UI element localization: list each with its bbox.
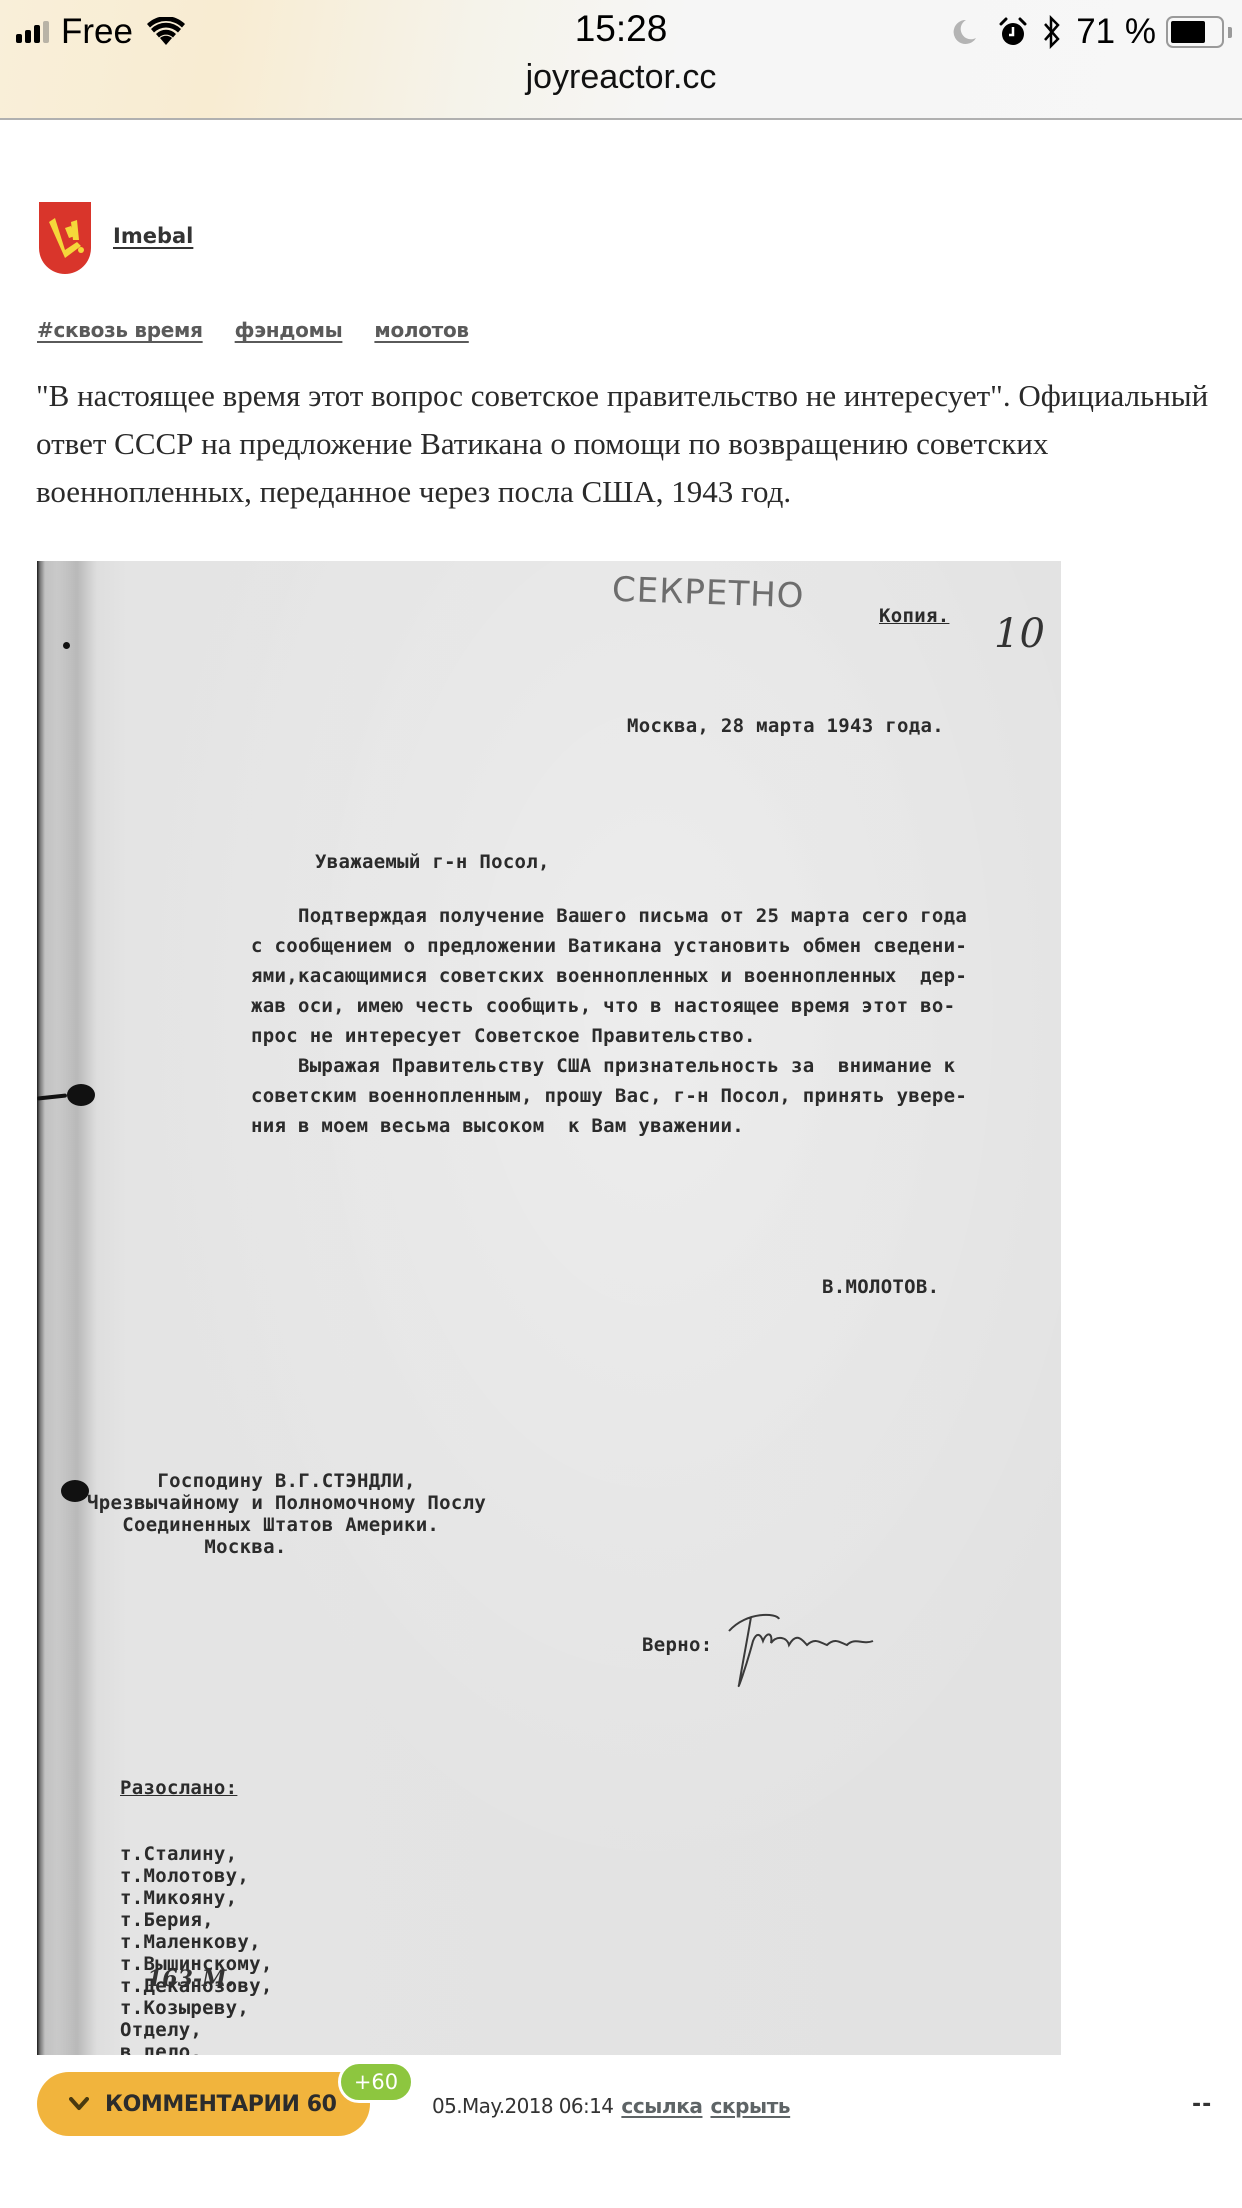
distribution-list: Разослано: т.Сталину,т.Молотову,т.Микоян… — [120, 1733, 273, 2055]
handwritten-page-number: 10 — [994, 611, 1045, 657]
distribution-item: т.Сталину, — [120, 1843, 273, 1865]
addressee-line: Господину В.Г.СТЭНДЛИ, — [87, 1470, 486, 1492]
handwritten-reference: 163-М. — [147, 1966, 234, 1992]
addressee: Господину В.Г.СТЭНДЛИ,Чрезвычайному и По… — [87, 1470, 486, 1558]
letter-date: Москва, 28 марта 1943 года. — [627, 715, 944, 737]
copy-mark: Копия. — [879, 605, 949, 627]
tag-link[interactable]: молотов — [374, 318, 468, 342]
distribution-item: т.Маленкову, — [120, 1931, 273, 1953]
new-comments-badge: +60 — [338, 2061, 414, 2103]
distribution-item: т.Берия, — [120, 1909, 273, 1931]
address-bar[interactable]: joyreactor.cc — [0, 58, 1242, 97]
letter-body-line: жав оси, имею честь сообщить, что в наст… — [251, 991, 967, 1021]
handwritten-signature — [717, 1601, 887, 1691]
addressee-line: Москва. — [87, 1536, 486, 1558]
addressee-line: Соединенных Штатов Америки. — [87, 1514, 486, 1536]
post-meta: 05.May.2018 06:14 ссылка скрыть — [432, 2094, 790, 2118]
tag-list: #сквозь время фэндомы молотов — [37, 318, 469, 342]
battery-tip — [1228, 27, 1232, 38]
distribution-title: Разослано: — [120, 1777, 273, 1799]
battery-icon — [1166, 16, 1224, 48]
post-image[interactable]: СЕКРЕТНО Копия. 10 Москва, 28 марта 1943… — [37, 561, 1061, 2055]
comments-label: КОММЕНТАРИИ 60 — [105, 2092, 337, 2117]
permalink[interactable]: ссылка — [621, 2094, 702, 2118]
secret-stamp: СЕКРЕТНО — [611, 570, 805, 617]
tag-link[interactable]: фэндомы — [235, 318, 343, 342]
avatar[interactable] — [37, 200, 93, 276]
letter-body-line: Выражая Правительству США признательност… — [251, 1051, 967, 1081]
comments-toggle-button[interactable]: КОММЕНТАРИИ 60 — [37, 2072, 370, 2136]
moon-icon — [950, 18, 978, 46]
letter-body-line: ями,касающимися советских военнопленных … — [251, 961, 967, 991]
distribution-item: т.Микояну, — [120, 1887, 273, 1909]
verified-label: Верно: — [642, 1634, 712, 1656]
punch-hole — [67, 1084, 95, 1106]
punch-hole — [61, 1480, 89, 1502]
battery-percent: 71 % — [1076, 12, 1156, 52]
punch-mark — [63, 642, 70, 649]
letter-body-line: с сообщением о предложении Ватикана уста… — [251, 931, 967, 961]
distribution-item: т.Козыреву, — [120, 1997, 273, 2019]
distribution-item: т.Молотову, — [120, 1865, 273, 1887]
letter-body: Подтверждая получение Вашего письма от 2… — [251, 901, 967, 1141]
alarm-icon — [998, 17, 1028, 47]
browser-top-bar: Free 15:28 joyreactor.cc 71 % — [0, 0, 1242, 120]
chevron-down-icon — [69, 2097, 89, 2111]
addressee-line: Чрезвычайному и Полномочному Послу — [87, 1492, 486, 1514]
distribution-item: Отделу, — [120, 2019, 273, 2041]
post-rating[interactable]: -- — [1192, 2092, 1212, 2117]
tag-link[interactable]: #сквозь время — [37, 318, 203, 342]
hide-post-link[interactable]: скрыть — [710, 2094, 790, 2118]
post-date: 05.May.2018 06:14 — [432, 2094, 613, 2118]
letter-body-line: прос не интересует Советское Правительст… — [251, 1021, 967, 1051]
letter-signature: В.МОЛОТОВ. — [822, 1276, 939, 1298]
post-text: "В настоящее время этот вопрос советское… — [36, 372, 1236, 516]
bluetooth-icon — [1042, 15, 1062, 49]
letter-body-line: Подтверждая получение Вашего письма от 2… — [251, 901, 967, 931]
status-right: 71 % — [950, 10, 1232, 54]
distribution-item: в дело. — [120, 2041, 273, 2055]
author-link[interactable]: Imebal — [113, 224, 193, 248]
letter-body-line: советским военнопленным, прошу Вас, г-н … — [251, 1081, 967, 1111]
letter-salutation: Уважаемый г-н Посол, — [315, 851, 550, 873]
paper-fold-shadow — [57, 561, 97, 2055]
letter-body-line: ния в моем весьма высоком к Вам уважении… — [251, 1111, 967, 1141]
